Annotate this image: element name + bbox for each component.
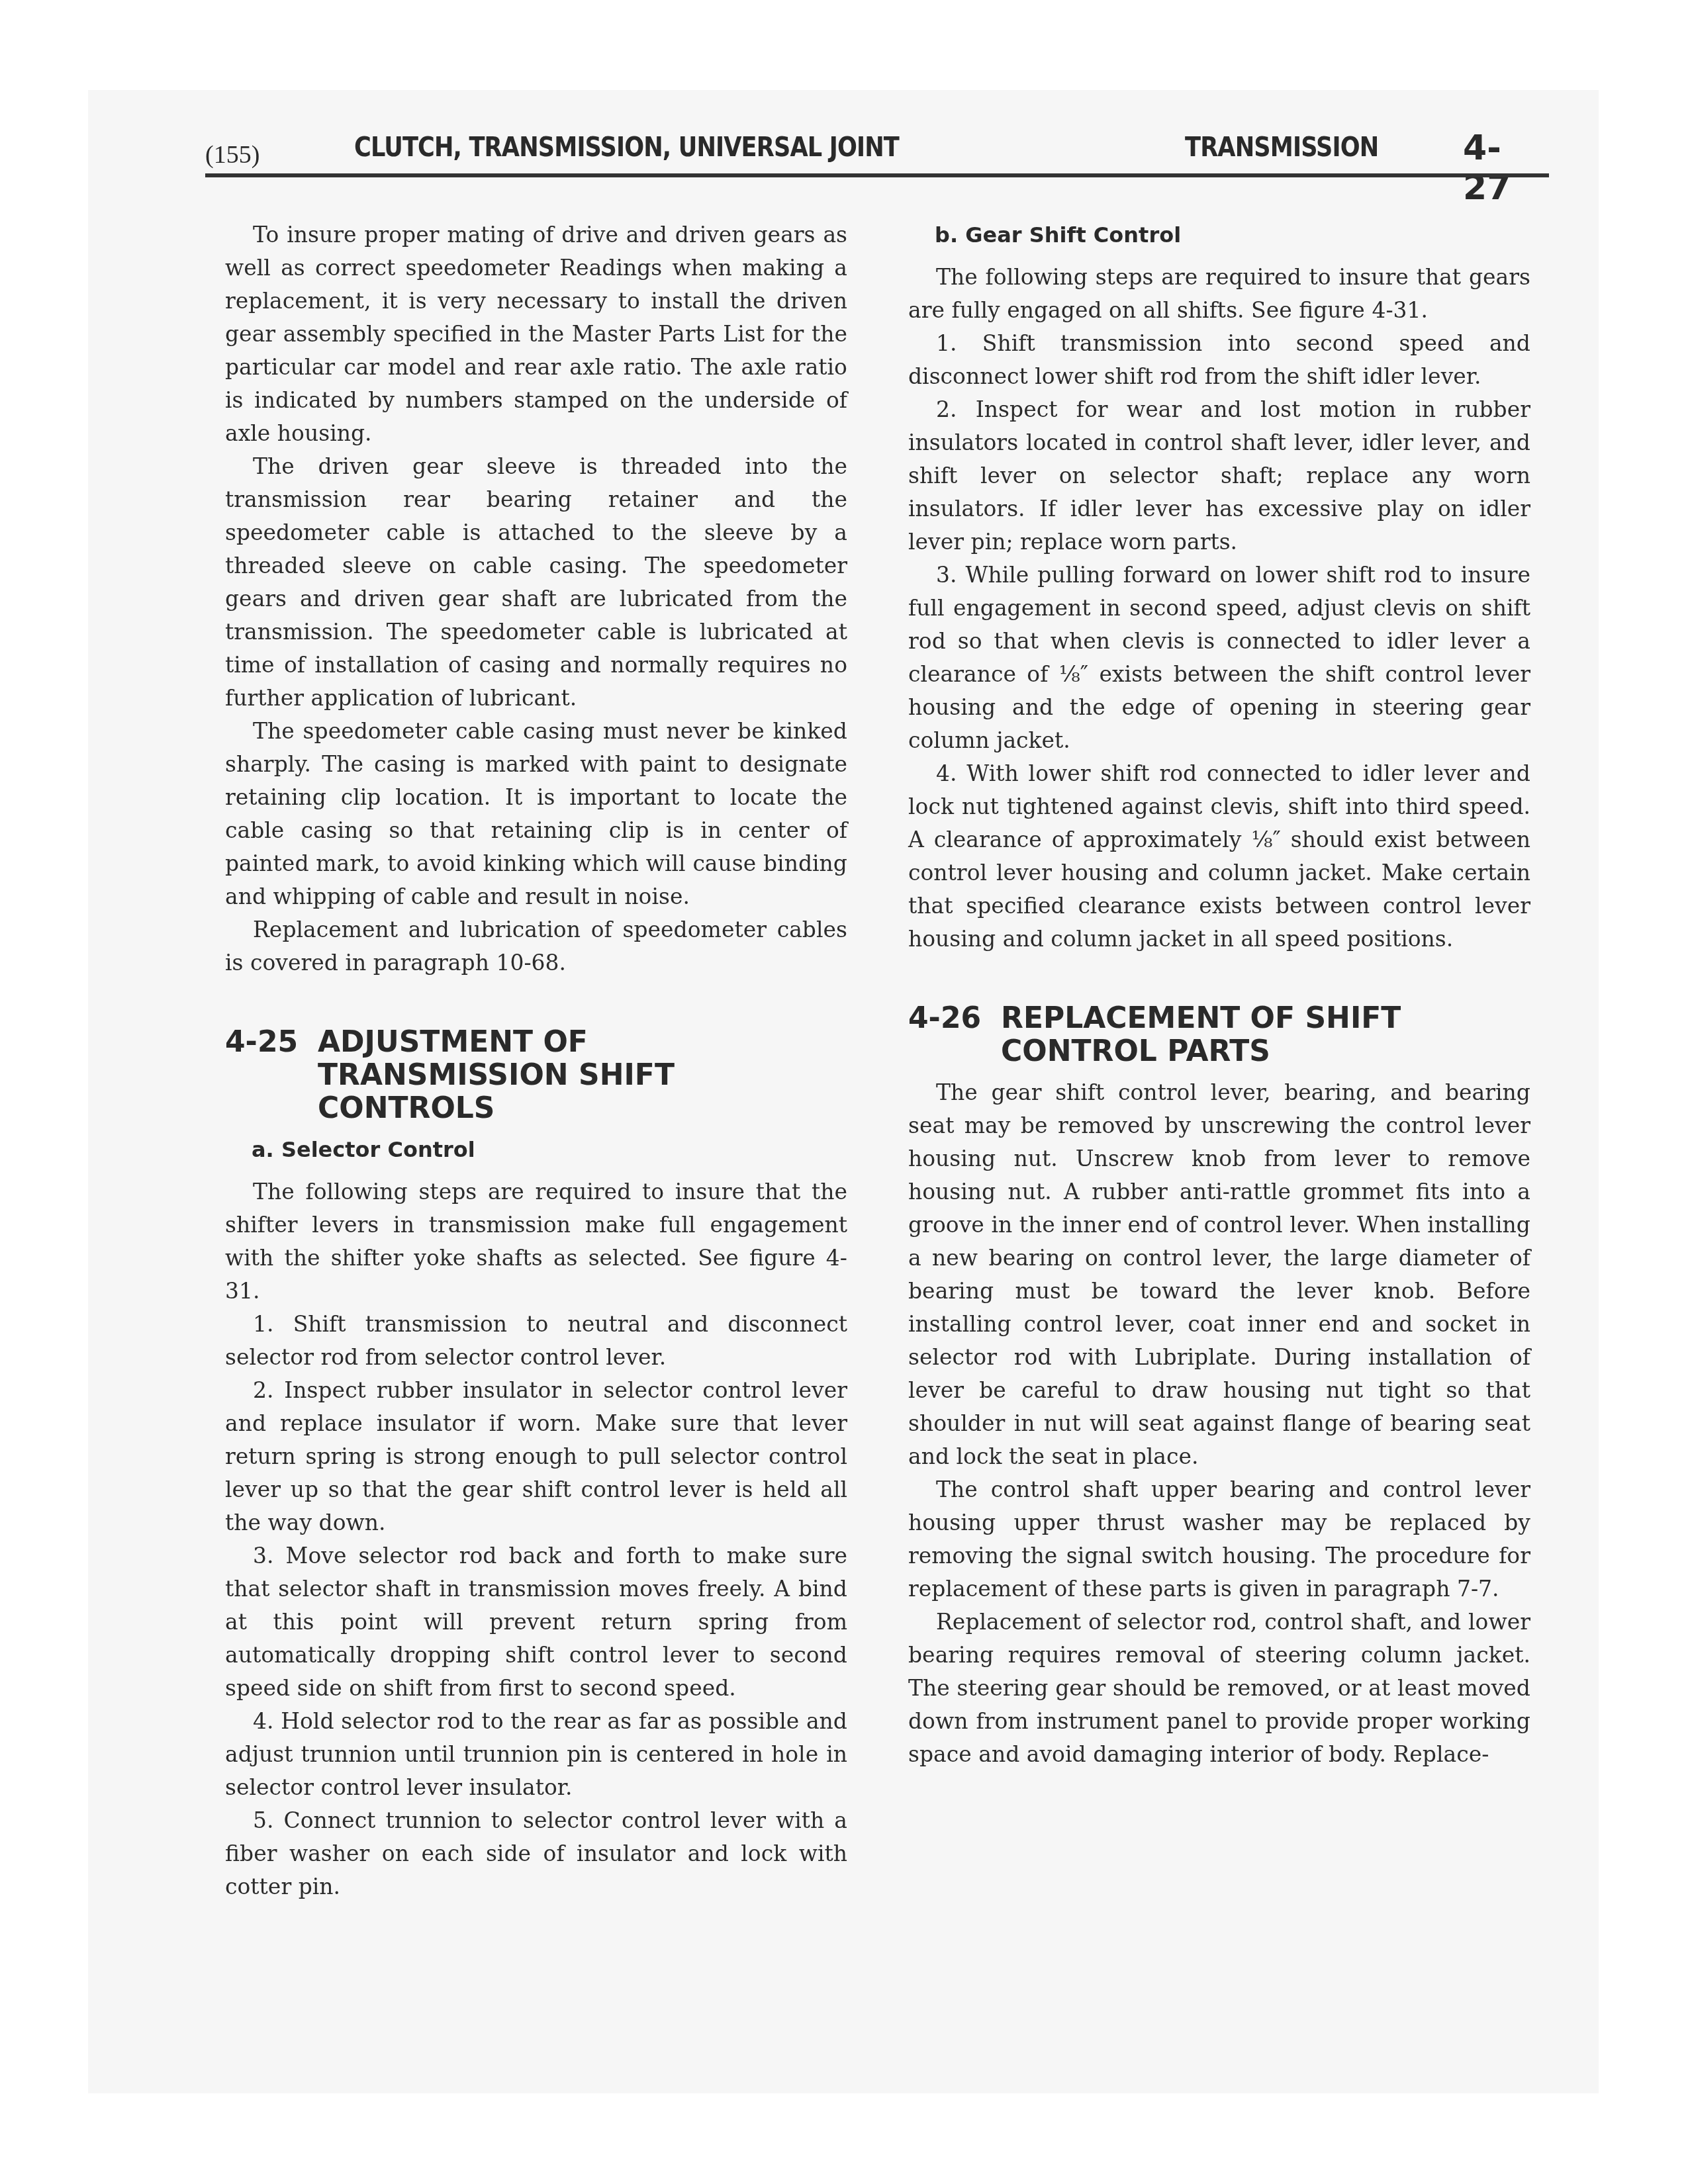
- step-1: 1. Shift transmission into second speed …: [908, 327, 1530, 393]
- paragraph: The speedometer cable casing must never …: [225, 715, 847, 913]
- running-header: (155) CLUTCH, TRANSMISSION, UNIVERSAL JO…: [205, 132, 1549, 185]
- section-title: REPLACEMENT OF SHIFT CONTROL PARTS: [1001, 1002, 1530, 1068]
- step-2: 2. Inspect for wear and lost motion in r…: [908, 393, 1530, 559]
- page-number: (155): [205, 140, 259, 169]
- paragraph: To insure proper mating of drive and dri…: [225, 218, 847, 450]
- step-3: 3. Move selector rod back and forth to m…: [225, 1539, 847, 1705]
- right-column: b. Gear Shift Control The following step…: [908, 218, 1530, 1771]
- step-4: 4. With lower shift rod connected to idl…: [908, 757, 1530, 956]
- section-heading-4-26: 4-26 REPLACEMENT OF SHIFT CONTROL PARTS: [908, 1002, 1530, 1068]
- section-title: TRANSMISSION: [1185, 132, 1378, 163]
- section-page-number: 4-27: [1463, 128, 1549, 208]
- header-rule: [205, 173, 1549, 177]
- paragraph: The following steps are required to insu…: [225, 1175, 847, 1308]
- step-1: 1. Shift transmission to neutral and dis…: [225, 1308, 847, 1374]
- section-heading-4-25: 4-25 ADJUSTMENT OF TRANSMISSION SHIFT CO…: [225, 1026, 847, 1125]
- section-number: 4-26: [908, 1002, 1001, 1068]
- paragraph: The control shaft upper bearing and cont…: [908, 1473, 1530, 1606]
- section-number: 4-25: [225, 1026, 318, 1125]
- subsection-heading-selector-control: a. Selector Control: [252, 1133, 847, 1166]
- step-3: 3. While pulling forward on lower shift …: [908, 559, 1530, 757]
- paragraph: Replacement and lubrication of speedomet…: [225, 913, 847, 979]
- step-2: 2. Inspect rubber insulator in selector …: [225, 1374, 847, 1539]
- chapter-title: CLUTCH, TRANSMISSION, UNIVERSAL JOINT: [354, 132, 899, 163]
- section-title: ADJUSTMENT OF TRANSMISSION SHIFT CONTROL…: [318, 1026, 847, 1125]
- subsection-heading-gear-shift-control: b. Gear Shift Control: [935, 218, 1530, 251]
- left-column: To insure proper mating of drive and dri…: [225, 218, 847, 1903]
- step-4: 4. Hold selector rod to the rear as far …: [225, 1705, 847, 1804]
- paragraph: The driven gear sleeve is threaded into …: [225, 450, 847, 715]
- step-5: 5. Connect trunnion to selector control …: [225, 1804, 847, 1903]
- paragraph: The following steps are required to insu…: [908, 261, 1530, 327]
- paragraph: The gear shift control lever, bearing, a…: [908, 1076, 1530, 1473]
- paragraph: Replacement of selector rod, control sha…: [908, 1606, 1530, 1771]
